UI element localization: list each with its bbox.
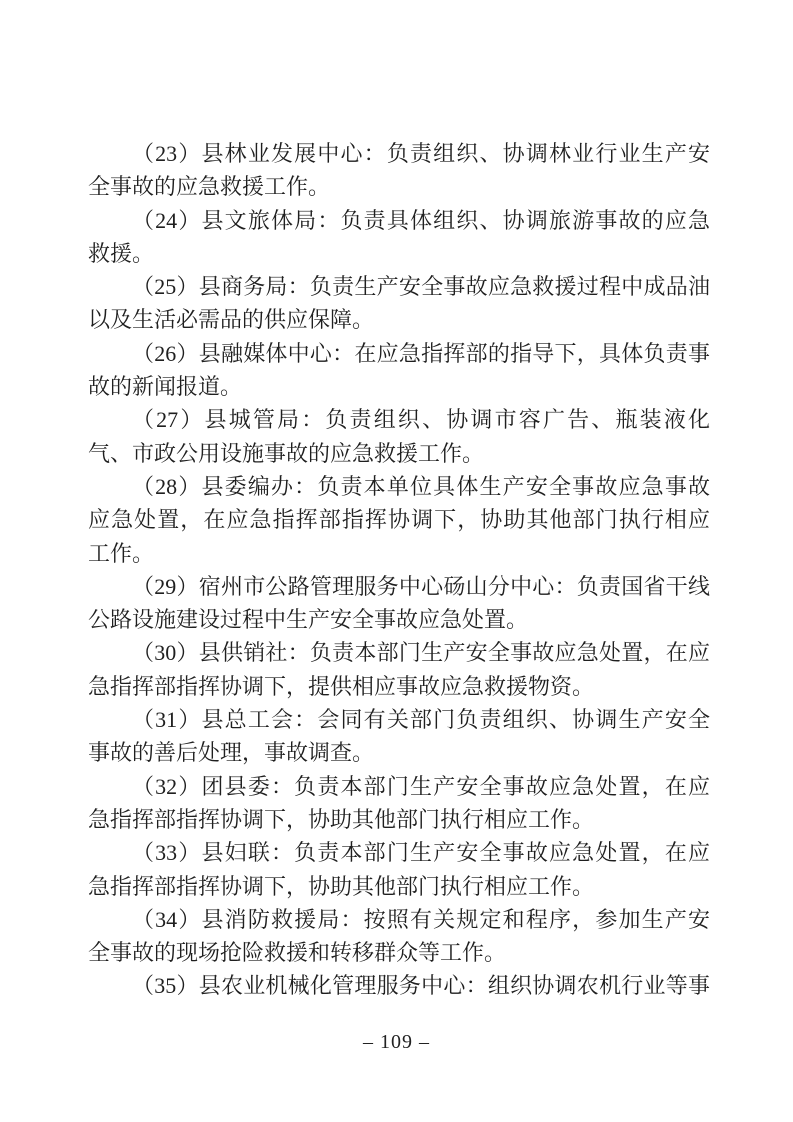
paragraph: （34）县消防救援局：按照有关规定和程序，参加生产安全事故的现场抢险救援和转移群… bbox=[88, 903, 710, 970]
paragraph-line: 气、市政公用设施事故的应急救援工作。 bbox=[88, 437, 710, 470]
paragraph-line: 公路设施建设过程中生产安全事故应急处置。 bbox=[88, 603, 710, 636]
paragraph: （29）宿州市公路管理服务中心砀山分中心：负责国省干线公路设施建设过程中生产安全… bbox=[88, 570, 710, 637]
page-footer: – 109 – bbox=[0, 1030, 793, 1054]
page-number: – 109 – bbox=[363, 1031, 430, 1053]
paragraph-line: （27）县城管局：负责组织、协调市容广告、瓶装液化 bbox=[88, 403, 710, 436]
paragraph-line: （23）县林业发展中心：负责组织、协调林业行业生产安 bbox=[88, 137, 710, 170]
paragraph: （32）团县委：负责本部门生产安全事故应急处置，在应急指挥部指挥协调下，协助其他… bbox=[88, 770, 710, 837]
paragraph: （35）县农业机械化管理服务中心：组织协调农机行业等事 bbox=[88, 969, 710, 1002]
paragraph-line: （29）宿州市公路管理服务中心砀山分中心：负责国省干线 bbox=[88, 570, 710, 603]
paragraph-line: （25）县商务局：负责生产安全事故应急救援过程中成品油 bbox=[88, 270, 710, 303]
paragraph: （24）县文旅体局：负责具体组织、协调旅游事故的应急救援。 bbox=[88, 204, 710, 271]
paragraph: （25）县商务局：负责生产安全事故应急救援过程中成品油以及生活必需品的供应保障。 bbox=[88, 270, 710, 337]
paragraph-line: 应急处置，在应急指挥部指挥协调下，协助其他部门执行相应 bbox=[88, 503, 710, 536]
paragraph-line: （35）县农业机械化管理服务中心：组织协调农机行业等事 bbox=[88, 969, 710, 1002]
paragraph-line: 故的新闻报道。 bbox=[88, 370, 710, 403]
paragraph-line: 工作。 bbox=[88, 537, 710, 570]
paragraph-line: 急指挥部指挥协调下，协助其他部门执行相应工作。 bbox=[88, 803, 710, 836]
paragraph: （31）县总工会：会同有关部门负责组织、协调生产安全事故的善后处理，事故调查。 bbox=[88, 703, 710, 770]
document-body: （23）县林业发展中心：负责组织、协调林业行业生产安全事故的应急救援工作。（24… bbox=[88, 137, 710, 1003]
paragraph: （27）县城管局：负责组织、协调市容广告、瓶装液化气、市政公用设施事故的应急救援… bbox=[88, 403, 710, 470]
paragraph-line: （30）县供销社：负责本部门生产安全事故应急处置，在应 bbox=[88, 636, 710, 669]
paragraph: （26）县融媒体中心：在应急指挥部的指导下，具体负责事故的新闻报道。 bbox=[88, 337, 710, 404]
paragraph: （23）县林业发展中心：负责组织、协调林业行业生产安全事故的应急救援工作。 bbox=[88, 137, 710, 204]
paragraph-line: 救援。 bbox=[88, 237, 710, 270]
paragraph-line: （26）县融媒体中心：在应急指挥部的指导下，具体负责事 bbox=[88, 337, 710, 370]
paragraph-line: 急指挥部指挥协调下，提供相应事故应急救援物资。 bbox=[88, 670, 710, 703]
paragraph-line: 以及生活必需品的供应保障。 bbox=[88, 303, 710, 336]
paragraph-line: 急指挥部指挥协调下，协助其他部门执行相应工作。 bbox=[88, 870, 710, 903]
paragraph: （33）县妇联：负责本部门生产安全事故应急处置，在应急指挥部指挥协调下，协助其他… bbox=[88, 836, 710, 903]
paragraph: （30）县供销社：负责本部门生产安全事故应急处置，在应急指挥部指挥协调下，提供相… bbox=[88, 636, 710, 703]
paragraph-line: 事故的善后处理，事故调查。 bbox=[88, 736, 710, 769]
paragraph-line: （31）县总工会：会同有关部门负责组织、协调生产安全 bbox=[88, 703, 710, 736]
paragraph-line: 全事故的应急救援工作。 bbox=[88, 170, 710, 203]
paragraph-line: 全事故的现场抢险救援和转移群众等工作。 bbox=[88, 936, 710, 969]
paragraph-line: （33）县妇联：负责本部门生产安全事故应急处置，在应 bbox=[88, 836, 710, 869]
paragraph: （28）县委编办：负责本单位具体生产安全事故应急事故应急处置，在应急指挥部指挥协… bbox=[88, 470, 710, 570]
paragraph-line: （24）县文旅体局：负责具体组织、协调旅游事故的应急 bbox=[88, 204, 710, 237]
paragraph-line: （34）县消防救援局：按照有关规定和程序，参加生产安 bbox=[88, 903, 710, 936]
document-page: （23）县林业发展中心：负责组织、协调林业行业生产安全事故的应急救援工作。（24… bbox=[0, 0, 793, 1122]
paragraph-line: （32）团县委：负责本部门生产安全事故应急处置，在应 bbox=[88, 770, 710, 803]
paragraph-line: （28）县委编办：负责本单位具体生产安全事故应急事故 bbox=[88, 470, 710, 503]
